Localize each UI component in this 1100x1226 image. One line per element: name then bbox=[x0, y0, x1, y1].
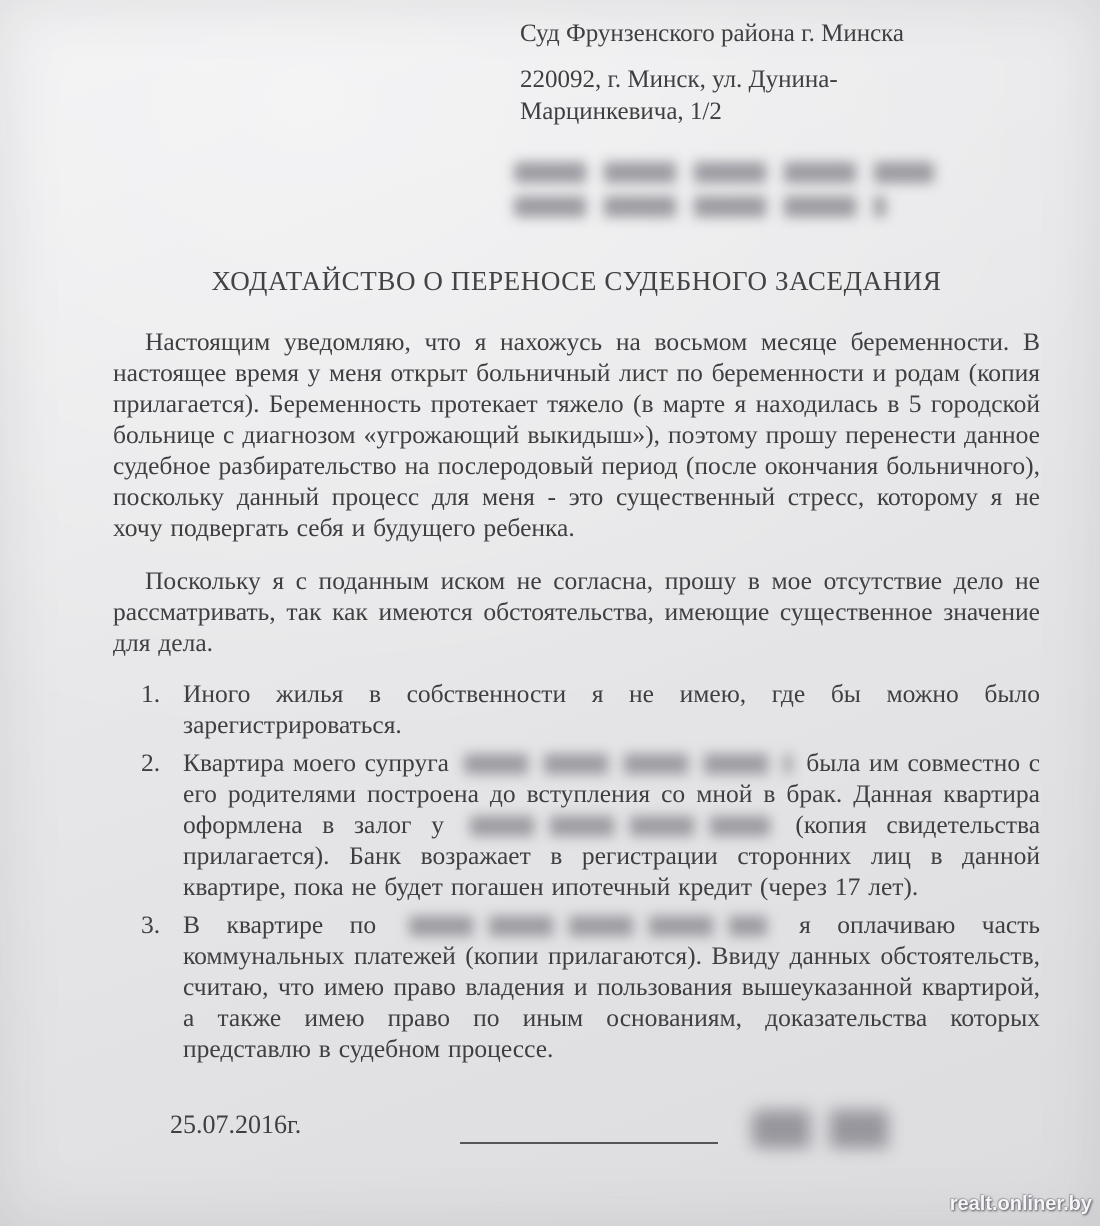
redacted-apartment-address-blur bbox=[409, 916, 767, 936]
document-body: Настоящим уведомляю, что я нахожусь на в… bbox=[113, 326, 1040, 1071]
document-date: 25.07.2016г. bbox=[170, 1110, 301, 1140]
document-page: Суд Фрунзенского района г. Минска 220092… bbox=[0, 0, 1100, 1226]
list-item-1-text: Иного жилья в собственности я не имею, г… bbox=[183, 679, 1040, 739]
document-title: ХОДАТАЙСТВО О ПЕРЕНОСЕ СУДЕБНОГО ЗАСЕДАН… bbox=[113, 266, 1040, 297]
signature-line bbox=[460, 1118, 718, 1144]
court-address-line2: Марцинкевича, 1/2 bbox=[520, 98, 722, 125]
list-item-1: 1. Иного жилья в собственности я не имею… bbox=[113, 678, 1040, 740]
list-item-2: 2. Квартира моего супруга была им совмес… bbox=[113, 747, 1040, 902]
court-address-line1: 220092, г. Минск, ул. Дунина- bbox=[520, 66, 838, 93]
list-item-2-number: 2. bbox=[141, 747, 160, 778]
watermark: realt.onliner.by bbox=[950, 1193, 1092, 1216]
redacted-bank-name-blur bbox=[470, 816, 770, 836]
list-item-2-text-a: Квартира моего супруга bbox=[183, 748, 449, 777]
court-name: Суд Фрунзенского района г. Минска bbox=[520, 18, 990, 50]
list-item-3: 3. В квартире по я оплачиваю часть комму… bbox=[113, 909, 1040, 1064]
paragraph-pregnancy-notice: Настоящим уведомляю, что я нахожусь на в… bbox=[113, 326, 1040, 543]
redacted-signature-blur bbox=[752, 1110, 908, 1148]
redacted-applicant-address-blur bbox=[514, 196, 886, 217]
paragraph-objection: Поскольку я с поданным иском не согласна… bbox=[113, 565, 1040, 658]
court-header: Суд Фрунзенского района г. Минска 220092… bbox=[520, 18, 990, 217]
redacted-applicant-name-blur bbox=[514, 162, 934, 183]
list-item-1-number: 1. bbox=[141, 678, 160, 709]
numbered-list: 1. Иного жилья в собственности я не имею… bbox=[113, 678, 1040, 1064]
list-item-3-text-a: В квартире по bbox=[183, 910, 376, 939]
redacted-husband-address-blur bbox=[464, 754, 792, 774]
court-address: 220092, г. Минск, ул. Дунина- Марцинкеви… bbox=[520, 64, 990, 128]
list-item-3-number: 3. bbox=[141, 909, 160, 940]
